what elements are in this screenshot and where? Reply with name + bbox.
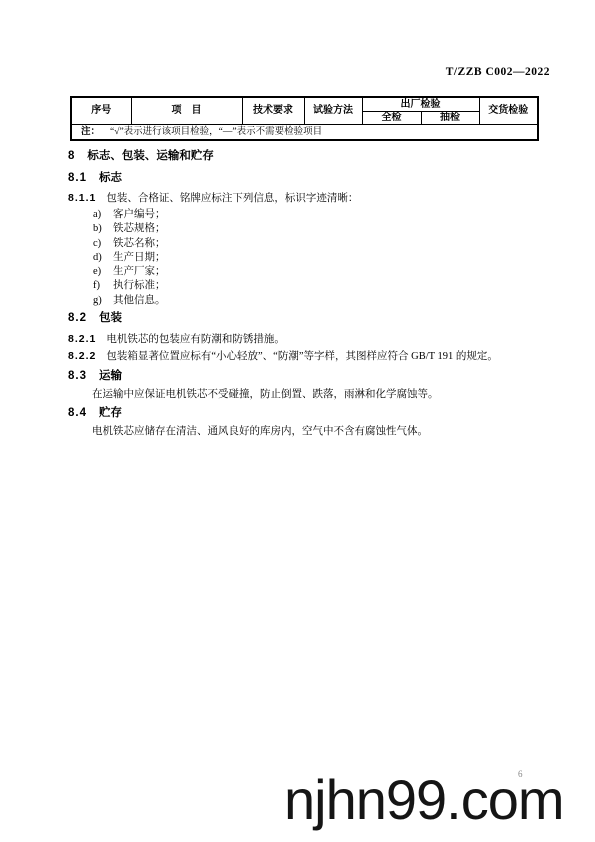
list-item-letter: d) xyxy=(93,251,113,265)
list-item-letter: c) xyxy=(93,237,113,251)
col-header-factory-inspection: 出厂检验 xyxy=(362,97,479,112)
list-item: b)铁芯规格； xyxy=(68,222,551,236)
section-8-1-heading: 8.1标志 xyxy=(68,172,551,185)
section-8-1-number: 8.1 xyxy=(68,172,87,184)
clause-8-1-1-text: 包装、合格证、铭牌应标注下列信息，标识字迹清晰： xyxy=(106,193,358,204)
table-note-label: 注： xyxy=(81,126,100,137)
col-header-tech-req: 技术要求 xyxy=(242,97,304,125)
clause-8-2-1-text: 电机铁芯的包装应有防潮和防锈措施。 xyxy=(106,334,285,345)
list-item: g)其他信息。 xyxy=(68,294,551,308)
section-8-4-heading: 8.4贮存 xyxy=(68,407,551,420)
col-header-delivery-inspection: 交货检验 xyxy=(479,97,538,125)
section-8-3-number: 8.3 xyxy=(68,370,87,382)
label-info-list: a)客户编号； b)铁芯规格； c)铁芯名称； d)生产日期； e)生产厂家； … xyxy=(68,208,551,308)
section-8-4-number: 8.4 xyxy=(68,407,87,419)
section-8-3-heading: 8.3运输 xyxy=(68,370,551,383)
list-item-letter: a) xyxy=(93,208,113,222)
clause-8-1-1-number: 8.1.1 xyxy=(68,192,96,204)
list-item-text: 其他信息。 xyxy=(113,294,166,308)
list-item-text: 生产厂家； xyxy=(113,265,166,279)
section-8-4-paragraph: 电机铁芯应储存在清洁、通风良好的库房内，空气中不含有腐蚀性气体。 xyxy=(68,425,551,439)
list-item-text: 客户编号； xyxy=(113,208,166,222)
clause-8-2-2-number: 8.2.2 xyxy=(68,350,96,362)
document-body: 8标志、包装、运输和贮存 8.1标志 8.1.1包装、合格证、铭牌应标注下列信息… xyxy=(68,148,551,439)
col-header-sample-check: 抽检 xyxy=(421,112,479,125)
section-8-1-title: 标志 xyxy=(99,172,122,184)
section-8-2-title: 包装 xyxy=(99,312,122,324)
list-item-text: 铁芯名称； xyxy=(113,237,166,251)
section-8-2-heading: 8.2包装 xyxy=(68,312,551,325)
list-item-text: 执行标准； xyxy=(113,279,166,293)
col-header-test-method: 试验方法 xyxy=(304,97,362,125)
section-8-4-title: 贮存 xyxy=(99,407,122,419)
inspection-table: 序号 项 目 技术要求 试验方法 出厂检验 交货检验 全检 抽检 注：“√”表示… xyxy=(70,96,539,141)
section-8-number: 8 xyxy=(68,150,75,162)
table-note-text: “√”表示进行该项目检验，“—”表示不需要检验项目 xyxy=(110,127,322,137)
col-header-item: 项 目 xyxy=(131,97,242,125)
table-note-row: 注：“√”表示进行该项目检验，“—”表示不需要检验项目 xyxy=(71,125,538,141)
col-header-full-check: 全检 xyxy=(362,112,421,125)
list-item-letter: g) xyxy=(93,294,113,308)
list-item: a)客户编号； xyxy=(68,208,551,222)
clause-8-1-1: 8.1.1包装、合格证、铭牌应标注下列信息，标识字迹清晰： xyxy=(68,192,551,205)
clause-8-2-2: 8.2.2包装箱显著位置应标有“小心轻放”、“防潮”等字样，其图样应符合 GB/… xyxy=(68,350,551,363)
section-8-2-number: 8.2 xyxy=(68,312,87,324)
list-item-letter: b) xyxy=(93,222,113,236)
clause-8-2-1-number: 8.2.1 xyxy=(68,333,96,345)
clause-8-2-1: 8.2.1电机铁芯的包装应有防潮和防锈措施。 xyxy=(68,333,551,346)
section-8-title: 标志、包装、运输和贮存 xyxy=(87,150,214,162)
col-header-seq: 序号 xyxy=(71,97,131,125)
clause-8-2-2-text: 包装箱显著位置应标有“小心轻放”、“防潮”等字样，其图样应符合 GB/T 191… xyxy=(106,351,498,362)
list-item: c)铁芯名称； xyxy=(68,237,551,251)
section-8-3-title: 运输 xyxy=(99,370,122,382)
list-item-text: 生产日期； xyxy=(113,251,166,265)
watermark-text: njhn99.com xyxy=(284,772,564,828)
section-8-heading: 8标志、包装、运输和贮存 xyxy=(68,150,551,163)
document-page: T/ZZB C002—2022 序号 项 目 技术要求 试验方法 出厂检验 交货… xyxy=(0,0,595,842)
list-item: f)执行标准； xyxy=(68,279,551,293)
list-item-letter: e) xyxy=(93,265,113,279)
section-8-3-paragraph: 在运输中应保证电机铁芯不受碰撞，防止倒置、跌落，雨淋和化学腐蚀等。 xyxy=(68,388,551,402)
list-item-letter: f) xyxy=(93,279,113,293)
list-item: d)生产日期； xyxy=(68,251,551,265)
list-item-text: 铁芯规格； xyxy=(113,222,166,236)
list-item: e)生产厂家； xyxy=(68,265,551,279)
doc-code-header: T/ZZB C002—2022 xyxy=(446,66,550,78)
